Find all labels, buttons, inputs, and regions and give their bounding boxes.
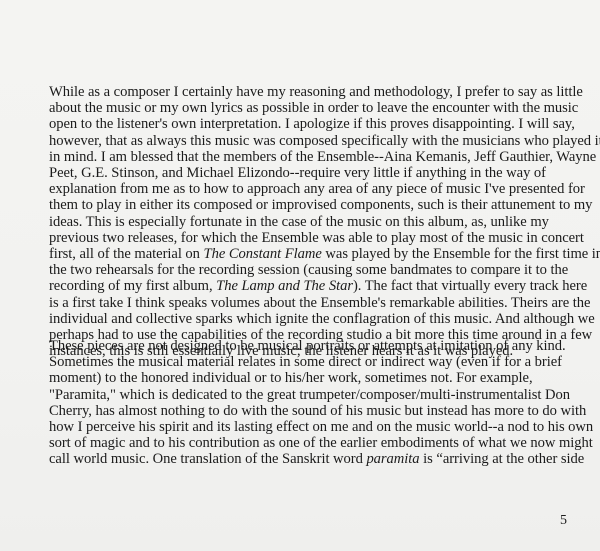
text-line: explanation from me as to how to approac… [49,181,551,197]
text-line: ideas. This is especially fortunate in t… [49,214,551,230]
paragraph-1: While as a composer I certainly have my … [49,84,551,359]
text-line: first, all of the material on The Consta… [49,246,551,262]
text-line: These pieces are not designed to be musi… [49,338,551,354]
text-line: "Paramita," which is dedicated to the gr… [49,387,551,403]
text-line: sort of magic and to his contribution as… [49,435,551,451]
text-line: recording of my first album, The Lamp an… [49,278,551,294]
title-italic: The Lamp and The Star [216,278,353,294]
text-line: While as a composer I certainly have my … [49,84,551,100]
text-line: however, that as always this music was c… [49,133,551,149]
text-line: about the music or my own lyrics as poss… [49,100,551,116]
text-line: call world music. One translation of the… [49,451,551,467]
text-line: how I perceive his spirit and its lastin… [49,419,551,435]
text-line: Sometimes the musical material relates i… [49,354,551,370]
text-line: individual and collective sparks which i… [49,311,551,327]
paragraph-2: These pieces are not designed to be musi… [49,338,551,468]
text-line: the two rehearsals for the recording ses… [49,262,551,278]
text-line: Cherry, has almost nothing to do with th… [49,403,551,419]
title-italic: The Constant Flame [204,246,322,262]
text-line: them to play in either its composed or i… [49,197,551,213]
text-line: open to the listener's own interpretatio… [49,116,551,132]
text-line: in mind. I am blessed that the members o… [49,149,551,165]
text-line: previous two releases, for which the Ens… [49,230,551,246]
title-italic: paramita [366,451,419,467]
booklet-page: While as a composer I certainly have my … [0,0,600,551]
text-line: is a first take I think speaks volumes a… [49,295,551,311]
page-number: 5 [560,513,567,529]
text-line: Peet, G.E. Stinson, and Michael Elizondo… [49,165,551,181]
text-line: moment) to the honored individual or to … [49,370,551,386]
